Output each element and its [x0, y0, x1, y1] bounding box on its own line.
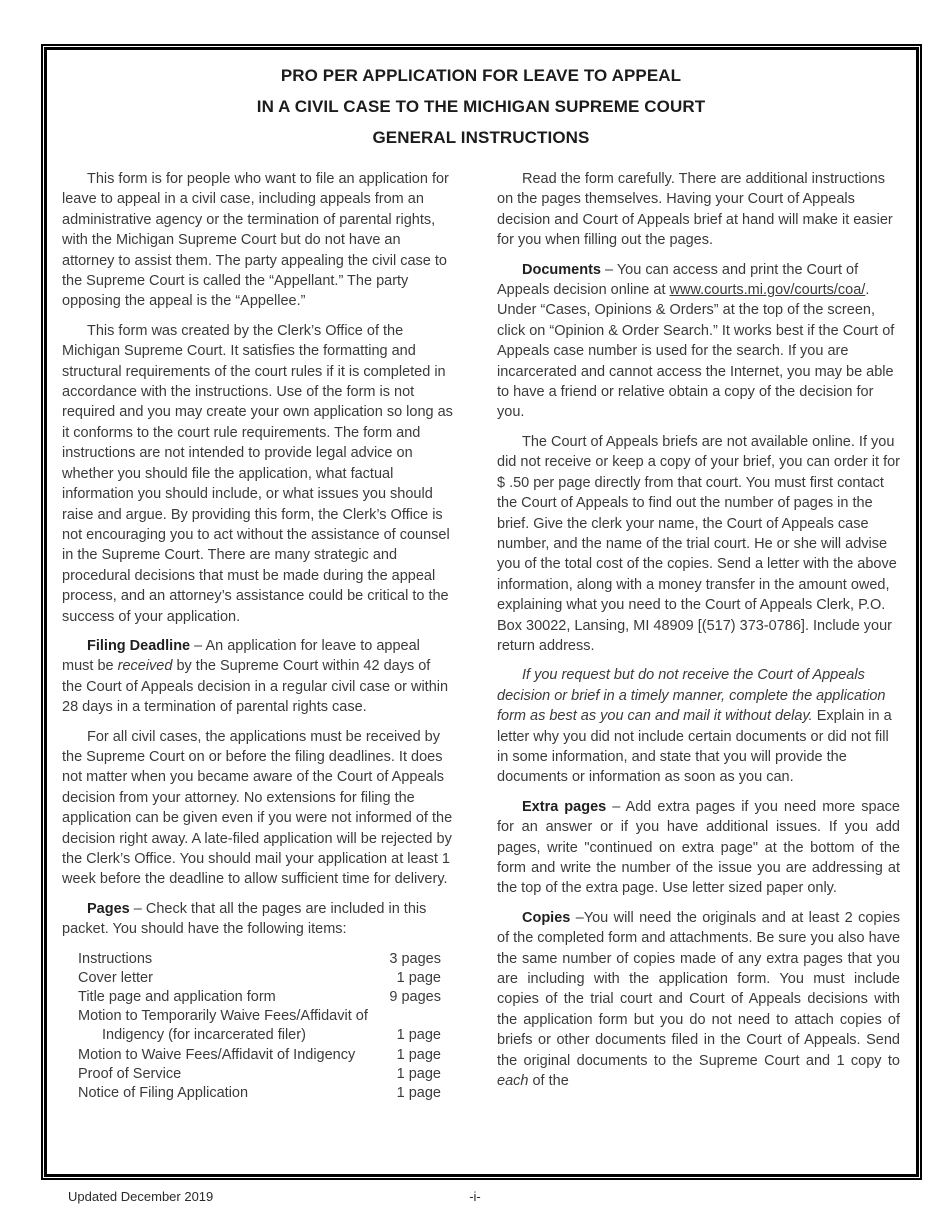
pages-list-count: 9 pages	[389, 988, 441, 1007]
pages-list-row: Indigency (for incarcerated filer)1 page	[78, 1026, 441, 1045]
text-segment: Read the form carefully. There are addit…	[497, 171, 893, 248]
document-page: PRO PER APPLICATION FOR LEAVE TO APPEAL …	[0, 0, 950, 1230]
text-segment: of the	[528, 1073, 568, 1089]
pages-list-label: Proof of Service	[78, 1065, 181, 1084]
text-segment: . Under “Cases, Opinions & Orders” at th…	[497, 282, 894, 420]
text-segment: For all civil cases, the applications mu…	[62, 729, 452, 888]
paragraph: This form was created by the Clerk’s Off…	[62, 321, 453, 627]
coa-url[interactable]: www.courts.mi.gov/courts/coa/	[670, 282, 866, 298]
pages-list: Instructions3 pagesCover letter1 pageTit…	[78, 950, 441, 1104]
right-column-paragraphs: Read the form carefully. There are addit…	[497, 169, 900, 1091]
paragraph: Extra pages – Add extra pages if you nee…	[497, 797, 900, 899]
pages-list-label: Cover letter	[78, 969, 153, 988]
pages-list-row: Notice of Filing Application1 page	[78, 1084, 441, 1103]
paragraph: Copies –You will need the originals and …	[497, 908, 900, 1092]
left-column: This form is for people who want to file…	[62, 169, 453, 1103]
paragraph: If you request but do not receive the Co…	[497, 665, 900, 787]
footer-page-number: -i-	[0, 1189, 950, 1204]
pages-list-count: 1 page	[397, 1084, 441, 1103]
text-segment: This form was created by the Clerk’s Off…	[62, 323, 453, 625]
pages-list-label: Title page and application form	[78, 988, 276, 1007]
pages-list-label: Motion to Temporarily Waive Fees/Affidav…	[78, 1007, 368, 1026]
title-line-2: IN A CIVIL CASE TO THE MICHIGAN SUPREME …	[62, 91, 900, 122]
pages-list-count: 1 page	[397, 1026, 441, 1045]
left-column-paragraphs: This form is for people who want to file…	[62, 169, 453, 940]
pages-list-row: Cover letter1 page	[78, 969, 441, 988]
pages-list-row: Motion to Temporarily Waive Fees/Affidav…	[78, 1007, 441, 1026]
pages-list-row: Motion to Waive Fees/Affidavit of Indige…	[78, 1046, 441, 1065]
text-segment: –You will need the originals and at leas…	[497, 910, 900, 1069]
pages-list-label: Notice of Filing Application	[78, 1084, 248, 1103]
text-segment: This form is for people who want to file…	[62, 171, 449, 309]
pages-list-row: Title page and application form9 pages	[78, 988, 441, 1007]
page-border-inner: PRO PER APPLICATION FOR LEAVE TO APPEAL …	[44, 47, 919, 1177]
pages-list-label: Instructions	[78, 950, 152, 969]
paragraph: The Court of Appeals briefs are not avai…	[497, 432, 900, 656]
pages-list-row: Proof of Service1 page	[78, 1065, 441, 1084]
paragraph: Filing Deadline – An application for lea…	[62, 636, 453, 718]
paragraph: For all civil cases, the applications mu…	[62, 727, 453, 890]
text-segment: Documents	[522, 262, 601, 278]
pages-list-row: Instructions3 pages	[78, 950, 441, 969]
pages-list-count: 1 page	[397, 1046, 441, 1065]
column-gutter	[453, 169, 497, 1103]
right-column: Read the form carefully. There are addit…	[497, 169, 900, 1103]
document-title: PRO PER APPLICATION FOR LEAVE TO APPEAL …	[62, 60, 900, 153]
page-border: PRO PER APPLICATION FOR LEAVE TO APPEAL …	[41, 44, 922, 1180]
pages-list-count: 3 pages	[389, 950, 441, 969]
title-line-1: PRO PER APPLICATION FOR LEAVE TO APPEAL	[62, 60, 900, 91]
pages-list-label: Indigency (for incarcerated filer)	[78, 1026, 306, 1045]
paragraph: This form is for people who want to file…	[62, 169, 453, 312]
text-segment: Copies	[522, 910, 570, 926]
pages-list-label: Motion to Waive Fees/Affidavit of Indige…	[78, 1046, 355, 1065]
pages-list-count: 1 page	[397, 1065, 441, 1084]
text-segment: received	[118, 658, 173, 674]
paragraph: Pages – Check that all the pages are inc…	[62, 899, 453, 940]
text-segment: each	[497, 1073, 528, 1089]
text-segment: Extra pages	[522, 799, 606, 815]
paragraph: Documents – You can access and print the…	[497, 260, 900, 423]
text-segment: The Court of Appeals briefs are not avai…	[497, 434, 900, 654]
pages-list-count: 1 page	[397, 969, 441, 988]
text-segment: Pages	[87, 901, 130, 917]
text-segment: Filing Deadline	[87, 638, 190, 654]
title-line-3: GENERAL INSTRUCTIONS	[62, 122, 900, 153]
content-columns: This form is for people who want to file…	[62, 169, 900, 1103]
paragraph: Read the form carefully. There are addit…	[497, 169, 900, 251]
